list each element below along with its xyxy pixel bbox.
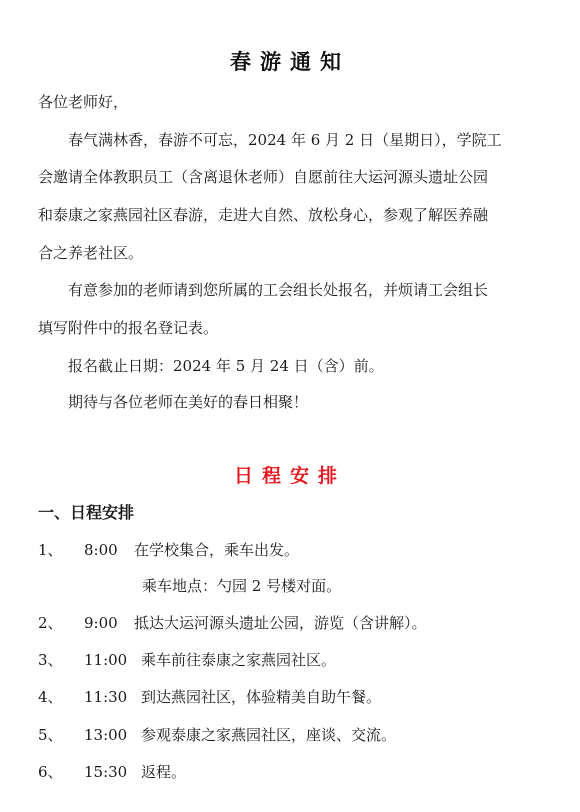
paragraph-2-line-2: 填写附件中的报名登记表。	[38, 318, 218, 338]
item-time: 11:30	[84, 687, 127, 707]
schedule-title: 日程安排	[0, 461, 580, 488]
item-number: 2、	[38, 613, 63, 633]
item-desc: 参观泰康之家燕园社区，座谈、交流。	[141, 725, 396, 745]
paragraph-1-line-1: 春气满林香，春游不可忘，2024 年 6 月 2 日（星期日），学院工	[68, 130, 502, 150]
item-desc: 乘车前往泰康之家燕园社区。	[141, 650, 336, 670]
item-time: 9:00	[84, 613, 118, 633]
paragraph-1-line-4: 合之养老社区。	[38, 243, 143, 263]
item-desc: 抵达大运河源头遗址公园，游览（含讲解）。	[134, 613, 427, 633]
item-time: 13:00	[84, 725, 127, 745]
pickup-location-note: 乘车地点：勺园 2 号楼对面。	[142, 576, 341, 596]
item-desc: 到达燕园社区，体验精美自助午餐。	[141, 687, 381, 707]
item-time: 15:30	[84, 762, 127, 782]
section-heading: 一、日程安排	[38, 500, 134, 523]
item-time: 8:00	[84, 540, 118, 560]
paragraph-2-line-1: 有意参加的老师请到您所属的工会组长处报名，并烦请工会组长	[68, 280, 488, 300]
item-time: 11:00	[84, 650, 127, 670]
paragraph-1-line-2: 会邀请全体教职员工（含离退休老师）自愿前往大运河源头遗址公园	[38, 167, 488, 187]
greeting: 各位老师好，	[38, 92, 128, 112]
closing-line: 期待与各位老师在美好的春日相聚！	[68, 392, 308, 412]
paragraph-1-line-3: 和泰康之家燕园社区春游，走进大自然、放松身心，参观了解医养融	[38, 205, 488, 225]
item-number: 6、	[38, 762, 63, 782]
item-number: 5、	[38, 725, 63, 745]
item-desc: 返程。	[141, 762, 186, 782]
notice-title: 春游通知	[0, 46, 580, 76]
item-number: 1、	[38, 540, 63, 560]
item-desc: 在学校集合，乘车出发。	[134, 540, 299, 560]
deadline-line: 报名截止日期：2024 年 5 月 24 日（含）前。	[68, 356, 384, 376]
item-number: 4、	[38, 687, 63, 707]
item-number: 3、	[38, 650, 63, 670]
